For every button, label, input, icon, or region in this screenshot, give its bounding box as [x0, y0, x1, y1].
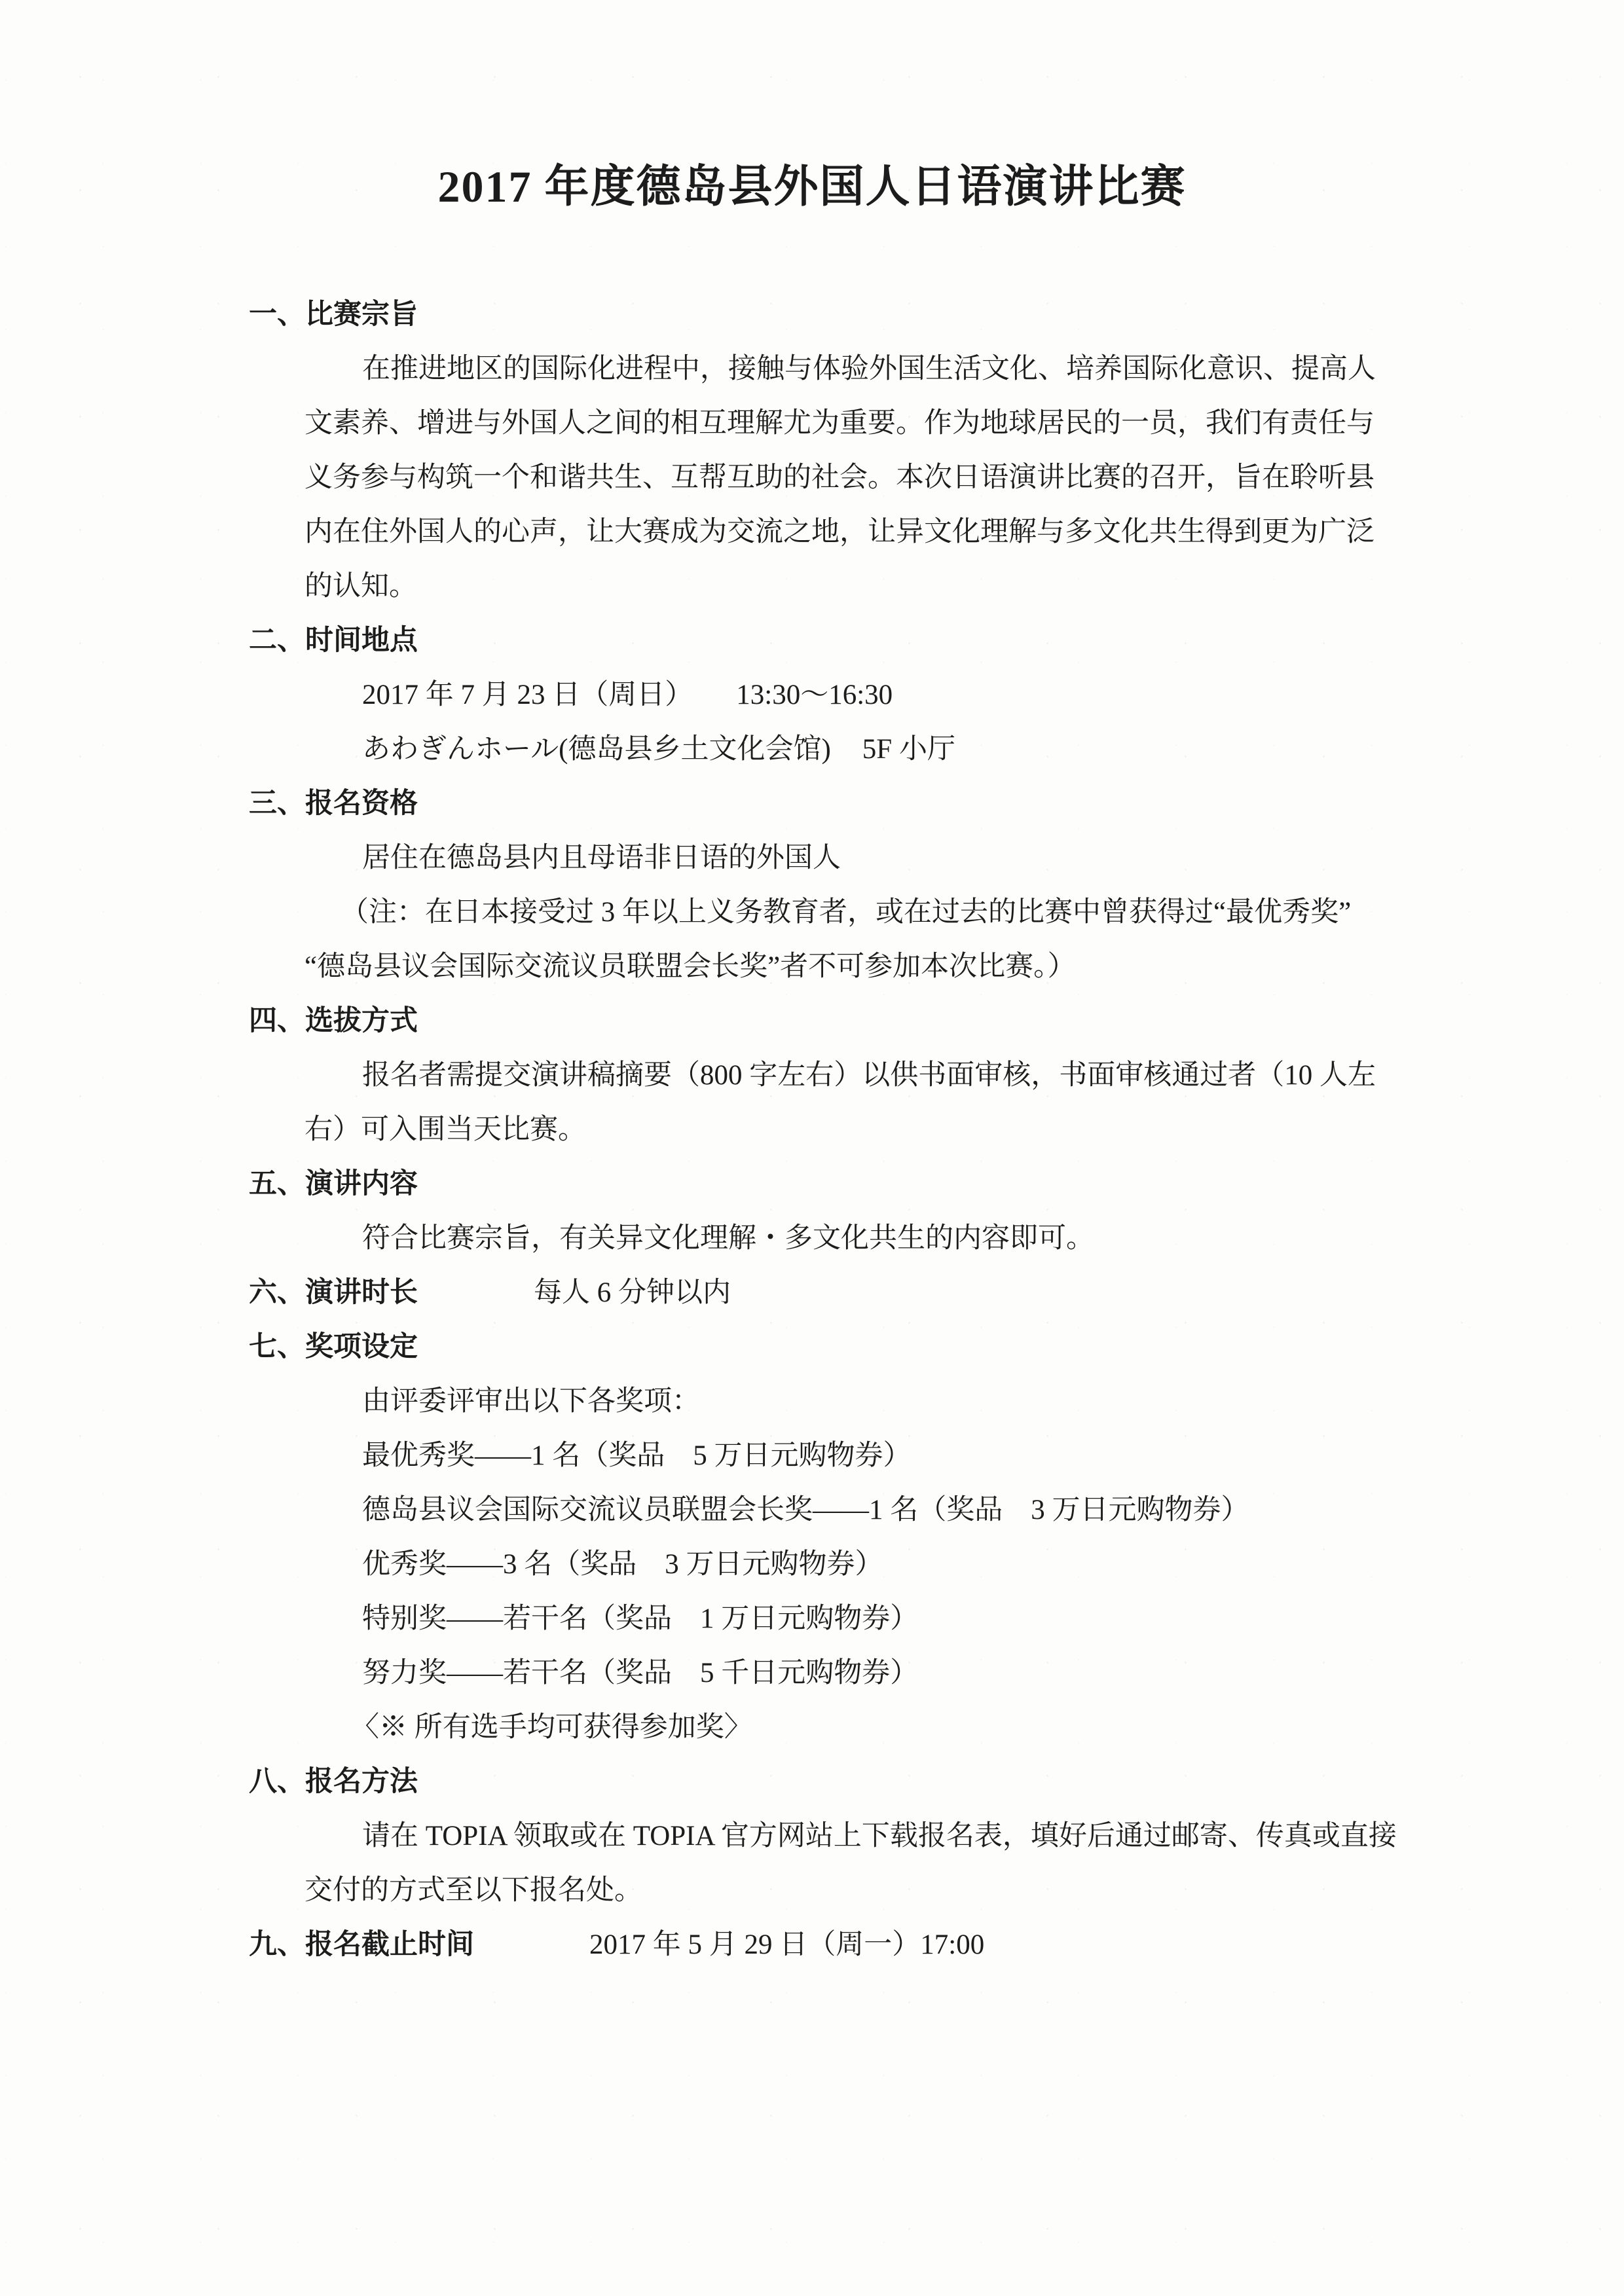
- section-title: 演讲时长: [305, 1277, 418, 1308]
- section-heading-7: 七、奖项设定: [249, 1320, 1401, 1374]
- deadline-value: 2017 年 5 月 29 日（周一）17:00: [589, 1918, 984, 1972]
- body-line: 符合比赛宗旨，有关异文化理解・多文化共生的内容即可。: [249, 1211, 1401, 1266]
- section-title-with-number: 九、报名截止时间: [249, 1918, 589, 1972]
- section-title: 比赛宗旨: [305, 299, 418, 330]
- event-date: 2017 年 7 月 23 日（周日）: [362, 680, 693, 710]
- award-line: 特别奖——若干名（奖品 1 万日元购物券）: [249, 1592, 1401, 1646]
- section-number: 九、: [249, 1929, 305, 1960]
- section-title: 报名截止时间: [305, 1929, 474, 1960]
- section-heading-9: 九、报名截止时间2017 年 5 月 29 日（周一）17:00: [249, 1918, 1401, 1972]
- body-line: 交付的方式至以下报名处。: [249, 1863, 1401, 1918]
- body-line: 由评委评审出以下各奖项：: [249, 1374, 1401, 1429]
- section-heading-1: 一、比赛宗旨: [249, 287, 1401, 342]
- body-line: 文素养、增进与外国人之间的相互理解尤为重要。作为地球居民的一员，我们有责任与: [249, 396, 1401, 450]
- event-room: 5F 小厅: [862, 734, 955, 765]
- body-line: 义务参与构筑一个和谐共生、互帮互助的社会。本次日语演讲比赛的召开，旨在聆听县: [249, 450, 1401, 505]
- section-title: 选拔方式: [305, 1006, 418, 1036]
- document-body: 一、比赛宗旨 在推进地区的国际化进程中，接触与体验外国生活文化、培养国际化意识、…: [249, 287, 1401, 1972]
- section-number: 六、: [249, 1277, 305, 1308]
- section-heading-8: 八、报名方法: [249, 1755, 1401, 1809]
- body-line: 请在 TOPIA 领取或在 TOPIA 官方网站上下载报名表，填好后通过邮寄、传…: [249, 1809, 1401, 1863]
- event-venue: あわぎんホール(德岛县乡土文化会馆): [362, 734, 831, 765]
- section-title: 奖项设定: [305, 1332, 418, 1362]
- section-number: 三、: [249, 788, 305, 819]
- section-heading-4: 四、选拔方式: [249, 994, 1401, 1048]
- schedule-line: 2017 年 7 月 23 日（周日）13:30～16:30: [249, 668, 1401, 722]
- venue-line: あわぎんホール(德岛县乡土文化会馆)5F 小厅: [249, 722, 1401, 776]
- award-line: 努力奖——若干名（奖品 5 千日元购物券）: [249, 1646, 1401, 1700]
- body-line: 内在住外国人的心声，让大赛成为交流之地，让异文化理解与多文化共生得到更为广泛: [249, 505, 1401, 559]
- body-line: 居住在德岛县内且母语非日语的外国人: [249, 831, 1401, 885]
- section-number: 四、: [249, 1006, 305, 1036]
- award-line: 优秀奖——3 名（奖品 3 万日元购物券）: [249, 1537, 1401, 1592]
- section-title: 演讲内容: [305, 1169, 418, 1199]
- section-title-with-number: 六、演讲时长: [249, 1266, 534, 1320]
- section-heading-6: 六、演讲时长每人 6 分钟以内: [249, 1266, 1401, 1320]
- note-line: （注：在日本接受过 3 年以上义务教育者，或在过去的比赛中曾获得过“最优秀奖”: [249, 885, 1401, 939]
- note-line: “德岛县议会国际交流议员联盟会长奖”者不可参加本次比赛。）: [249, 939, 1401, 994]
- award-line: 最优秀奖——1 名（奖品 5 万日元购物券）: [249, 1429, 1401, 1483]
- section-heading-2: 二、时间地点: [249, 613, 1401, 668]
- section-number: 七、: [249, 1332, 305, 1362]
- scanned-document-page: 2017 年度德岛县外国人日语演讲比赛 一、比赛宗旨 在推进地区的国际化进程中，…: [0, 0, 1624, 2296]
- event-time: 13:30～16:30: [736, 680, 893, 710]
- award-note-line: 〈※ 所有选手均可获得参加奖〉: [249, 1700, 1401, 1755]
- section-number: 五、: [249, 1169, 305, 1199]
- award-line: 德岛县议会国际交流议员联盟会长奖——1 名（奖品 3 万日元购物券）: [249, 1483, 1401, 1537]
- body-line: 报名者需提交演讲稿摘要（800 字左右）以供书面审核，书面审核通过者（10 人左: [249, 1048, 1401, 1102]
- duration-value: 每人 6 分钟以内: [534, 1266, 731, 1320]
- body-line: 右）可入围当天比赛。: [249, 1102, 1401, 1157]
- section-title: 时间地点: [305, 625, 418, 656]
- section-title: 报名方法: [305, 1766, 418, 1797]
- section-number: 八、: [249, 1766, 305, 1797]
- body-line: 的认知。: [249, 559, 1401, 613]
- section-title: 报名资格: [305, 788, 418, 819]
- section-number: 二、: [249, 625, 305, 656]
- section-number: 一、: [249, 299, 305, 330]
- section-heading-5: 五、演讲内容: [249, 1157, 1401, 1211]
- document-title: 2017 年度德岛县外国人日语演讲比赛: [0, 157, 1624, 216]
- section-heading-3: 三、报名资格: [249, 776, 1401, 831]
- body-line: 在推进地区的国际化进程中，接触与体验外国生活文化、培养国际化意识、提高人: [249, 342, 1401, 396]
